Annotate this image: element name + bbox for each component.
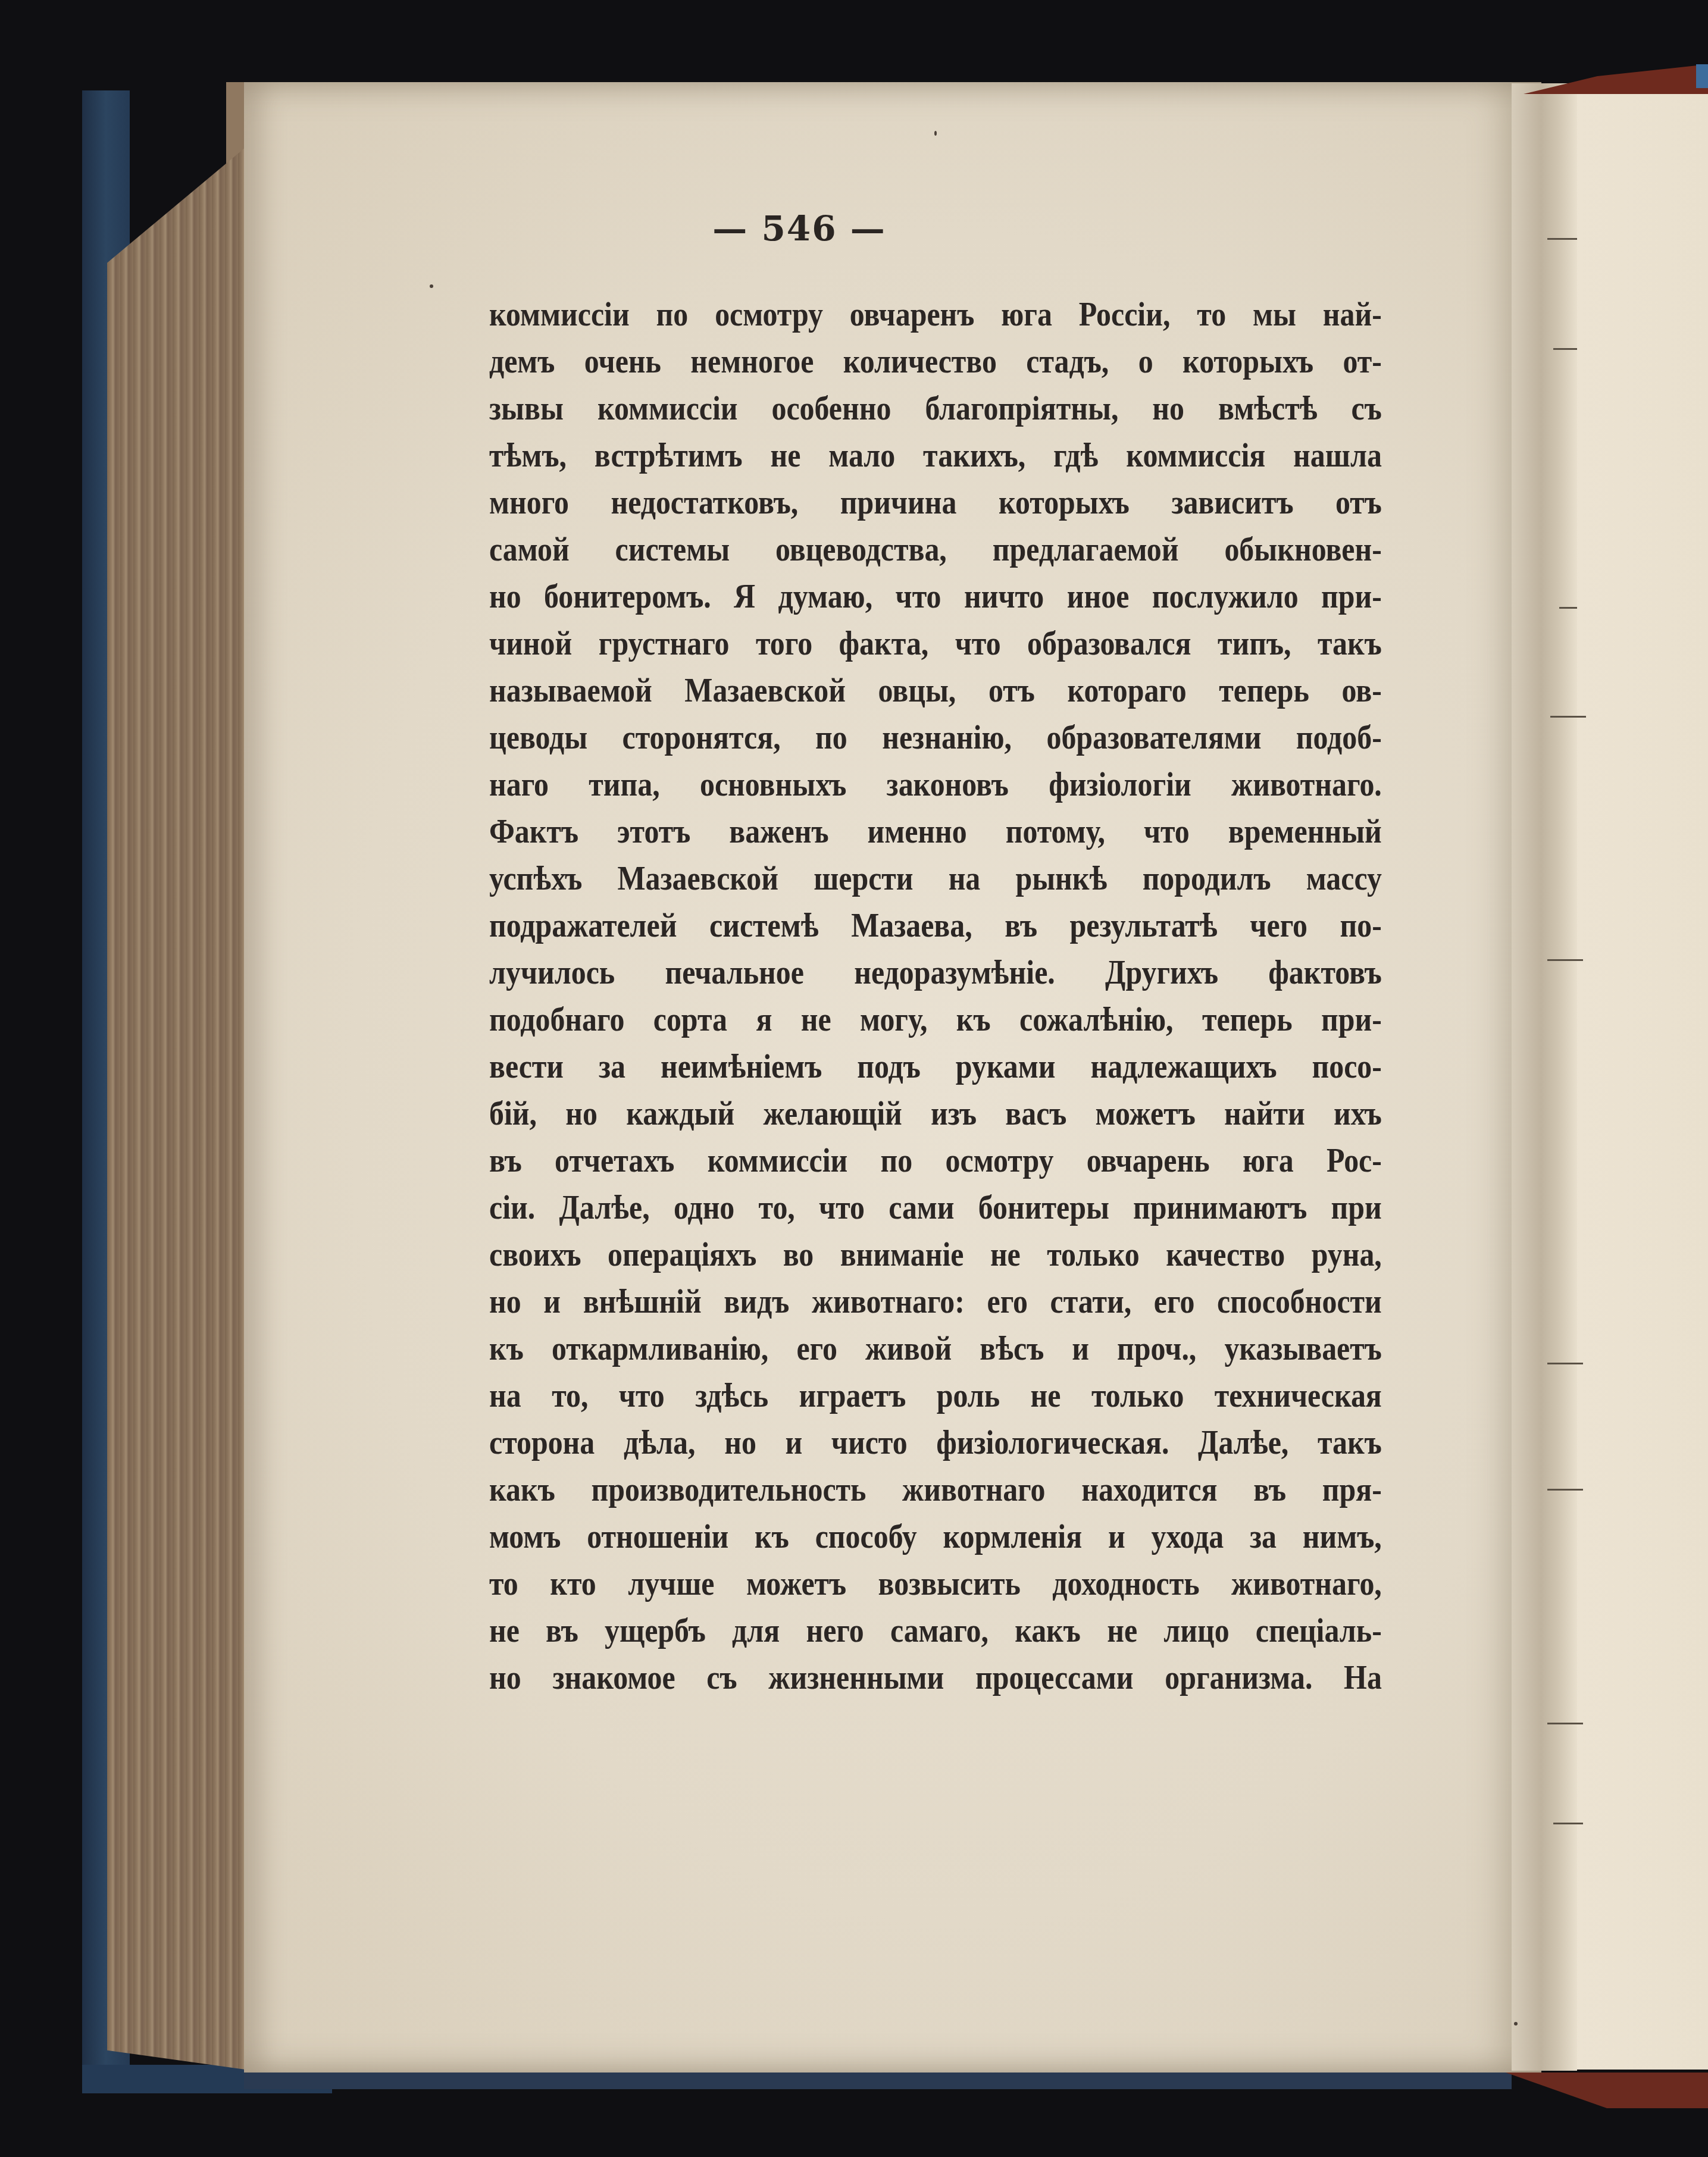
text-line: подражателей системѣ Мазаева, въ результ…: [489, 901, 1382, 948]
text-line: подобнаго сорта я не могу, къ сожалѣнію,…: [489, 995, 1382, 1043]
page-number: — 546 —: [0, 208, 1653, 249]
text-line: успѣхъ Мазаевской шерсти на рынкѣ породи…: [489, 854, 1382, 901]
text-line: Фактъ этотъ важенъ именно потому, что вр…: [489, 807, 1382, 854]
page-block-left-edge: [107, 148, 245, 2070]
text-line: вести за неимѣніемъ подъ руками надлежащ…: [489, 1043, 1382, 1090]
facing-book-bottom-edge: [1506, 2073, 1708, 2108]
text-line: момъ отношеніи къ способу кормленія и ух…: [489, 1513, 1382, 1560]
text-line: демъ очень немногое количество стадъ, о …: [489, 337, 1382, 384]
text-line: на то, что здѣсь играетъ роль не только …: [489, 1372, 1382, 1419]
text-line: но бонитеромъ. Я думаю, что ничто иное п…: [489, 572, 1382, 619]
book-gutter: [1512, 83, 1577, 2071]
gutter-thread-mark: [1547, 1489, 1583, 1491]
paper-speck: [430, 284, 433, 288]
text-line: но знакомое съ жизненными процессами орг…: [489, 1654, 1382, 1701]
text-line: наго типа, основныхъ законовъ физіологіи…: [489, 760, 1382, 807]
page-body-text: коммиссіи по осмотру овчаренъ юга Россіи…: [489, 290, 1382, 1701]
text-line: но и внѣшній видъ животнаго: его стати, …: [489, 1278, 1382, 1325]
text-line: цеводы сторонятся, по незнанію, образова…: [489, 713, 1382, 760]
gutter-thread-mark: [1559, 607, 1577, 609]
text-line: сіи. Далѣе, одно то, что сами бонитеры п…: [489, 1184, 1382, 1231]
book-cover-bottom-strip: [244, 2073, 1512, 2089]
facing-book-cover-corner: [1696, 64, 1708, 88]
text-line: лучилось печальное недоразумѣніе. Других…: [489, 948, 1382, 995]
gutter-thread-mark: [1547, 1723, 1583, 1724]
text-line: своихъ операціяхъ во вниманіе не только …: [489, 1231, 1382, 1278]
gutter-thread-mark: [1550, 716, 1586, 718]
text-line: къ откармливанію, его живой вѣсъ и проч.…: [489, 1325, 1382, 1372]
text-line: въ отчетахъ коммиссіи по осмотру овчарен…: [489, 1137, 1382, 1184]
text-line: не въ ущербъ для него самаго, какъ не ли…: [489, 1607, 1382, 1654]
text-line: коммиссіи по осмотру овчаренъ юга Россіи…: [489, 290, 1382, 337]
facing-page: [1577, 88, 1708, 2070]
text-line: зывы коммиссіи особенно благопріятны, но…: [489, 384, 1382, 431]
gutter-thread-mark: [1547, 959, 1583, 961]
text-line: тѣмъ, встрѣтимъ не мало такихъ, гдѣ комм…: [489, 431, 1382, 478]
text-line: то кто лучше можетъ возвысить доходность…: [489, 1560, 1382, 1607]
gutter-thread-mark: [1553, 1823, 1583, 1824]
text-line: чиной грустнаго того факта, что образова…: [489, 619, 1382, 666]
gutter-thread-mark: [1547, 1363, 1583, 1364]
text-line: самой системы овцеводства, предлагаемой …: [489, 525, 1382, 572]
facing-book-top-edge: [1524, 64, 1708, 94]
paper-speck: [934, 131, 937, 136]
text-line: какъ производительность животнаго находи…: [489, 1466, 1382, 1513]
text-line: сторона дѣла, но и чисто физіологическая…: [489, 1419, 1382, 1466]
text-line: бій, но каждый желающій изъ васъ можетъ …: [489, 1090, 1382, 1137]
gutter-thread-mark: [1553, 348, 1577, 350]
paper-speck: [1514, 2022, 1518, 2025]
text-line: называемой Мазаевской овцы, отъ котораго…: [489, 666, 1382, 713]
text-line: много недостатковъ, причина которыхъ зав…: [489, 478, 1382, 525]
